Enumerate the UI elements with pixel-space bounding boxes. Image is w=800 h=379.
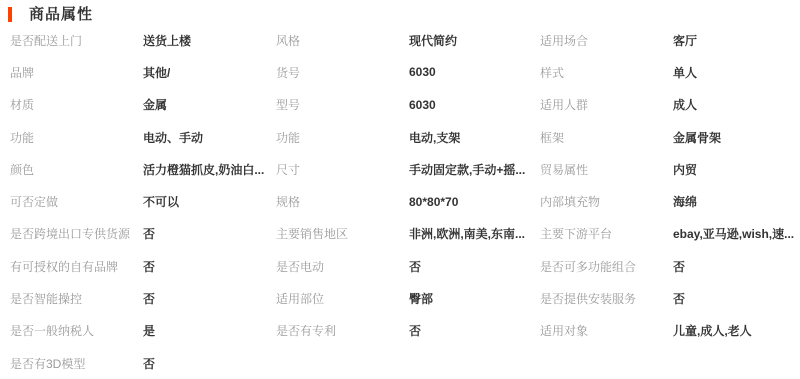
- attribute-value: 不可以: [143, 193, 179, 210]
- attribute-value: 80*80*70: [409, 195, 458, 209]
- attribute-row: 材质 金属: [0, 89, 266, 121]
- attribute-row: 是否配送上门 送货上楼: [0, 24, 266, 56]
- attribute-row: 适用场合 客厅: [530, 24, 800, 56]
- attribute-row: 样式 单人: [530, 56, 800, 88]
- attribute-row: 适用对象 儿童,成人,老人: [530, 315, 800, 347]
- attribute-row: 颜色 活力橙猫抓皮,奶油白...: [0, 153, 266, 185]
- attribute-row: 主要销售地区 非洲,欧洲,南美,东南...: [266, 218, 530, 250]
- attribute-value: 其他/: [143, 64, 170, 81]
- attribute-value: 活力橙猫抓皮,奶油白...: [143, 161, 264, 178]
- attribute-label: 是否配送上门: [10, 32, 143, 49]
- attribute-row: 功能 电动、手动: [0, 121, 266, 153]
- attribute-label: 品牌: [10, 64, 143, 81]
- attribute-value: 手动固定款,手动+摇...: [409, 161, 525, 178]
- attribute-value: 否: [143, 258, 155, 275]
- attribute-value: 否: [673, 258, 685, 275]
- attribute-label: 是否跨境出口专供货源: [10, 225, 143, 242]
- attribute-label: 框架: [540, 129, 673, 146]
- title-accent-bar-icon: [8, 7, 12, 22]
- attribute-row: 型号 6030: [266, 89, 530, 121]
- section-title: 商品属性: [29, 6, 93, 24]
- attribute-label: 贸易属性: [540, 161, 673, 178]
- attribute-value: 否: [409, 258, 421, 275]
- attribute-value: 否: [143, 290, 155, 307]
- attribute-value: 否: [409, 322, 421, 339]
- attribute-label: 规格: [276, 193, 409, 210]
- attribute-label: 型号: [276, 96, 409, 113]
- attribute-label: 主要下游平台: [540, 225, 673, 242]
- attribute-value: 电动、手动: [143, 129, 203, 146]
- attribute-row: 货号 6030: [266, 56, 530, 88]
- attributes-table: 是否配送上门 送货上楼 品牌 其他/ 材质 金属 功能 电动、手动 颜色 活力橙…: [0, 24, 800, 379]
- attribute-label: 适用人群: [540, 96, 673, 113]
- attribute-label: 主要销售地区: [276, 225, 409, 242]
- attributes-column-right: 适用场合 客厅 样式 单人 适用人群 成人 框架 金属骨架 贸易属性 内贸 内部…: [530, 24, 800, 347]
- attribute-row: 是否智能操控 否: [0, 282, 266, 314]
- attribute-row: 框架 金属骨架: [530, 121, 800, 153]
- attribute-value: 6030: [409, 65, 436, 79]
- attribute-label: 材质: [10, 96, 143, 113]
- attribute-label: 内部填充物: [540, 193, 673, 210]
- attribute-value: 客厅: [673, 32, 697, 49]
- attribute-row: 可否定做 不可以: [0, 185, 266, 217]
- attribute-row: 是否提供安装服务 否: [530, 282, 800, 314]
- attribute-value: 否: [673, 290, 685, 307]
- attribute-row: 内部填充物 海绵: [530, 185, 800, 217]
- attribute-value: 海绵: [673, 193, 697, 210]
- attribute-row: 是否有专利 否: [266, 315, 530, 347]
- attribute-value: ebay,亚马逊,wish,速...: [673, 225, 794, 242]
- attribute-row: 有可授权的自有品牌 否: [0, 250, 266, 282]
- attributes-column-middle: 风格 现代简约 货号 6030 型号 6030 功能 电动,支架 尺寸 手动固定…: [266, 24, 530, 347]
- attribute-label: 可否定做: [10, 193, 143, 210]
- attribute-label: 功能: [276, 129, 409, 146]
- attribute-label: 适用部位: [276, 290, 409, 307]
- attribute-row: 是否可多功能组合 否: [530, 250, 800, 282]
- attribute-label: 尺寸: [276, 161, 409, 178]
- section-header: 商品属性: [0, 0, 800, 24]
- product-attributes-page: 商品属性 是否配送上门 送货上楼 品牌 其他/ 材质 金属 功能 电动、手动 颜…: [0, 0, 800, 379]
- attribute-value: 成人: [673, 96, 697, 113]
- attribute-label: 是否一般纳税人: [10, 322, 143, 339]
- attribute-label: 是否提供安装服务: [540, 290, 673, 307]
- attribute-label: 功能: [10, 129, 143, 146]
- attribute-label: 样式: [540, 64, 673, 81]
- attribute-value: 非洲,欧洲,南美,东南...: [409, 225, 525, 242]
- attribute-value: 儿童,成人,老人: [673, 322, 752, 339]
- attribute-value: 金属: [143, 96, 167, 113]
- attribute-row: 是否电动 否: [266, 250, 530, 282]
- attribute-label: 适用场合: [540, 32, 673, 49]
- attribute-label: 适用对象: [540, 322, 673, 339]
- attributes-column-left: 是否配送上门 送货上楼 品牌 其他/ 材质 金属 功能 电动、手动 颜色 活力橙…: [0, 24, 266, 379]
- attribute-value: 金属骨架: [673, 129, 721, 146]
- attribute-row: 主要下游平台 ebay,亚马逊,wish,速...: [530, 218, 800, 250]
- attribute-row: 尺寸 手动固定款,手动+摇...: [266, 153, 530, 185]
- attribute-row: 规格 80*80*70: [266, 185, 530, 217]
- attribute-value: 臀部: [409, 290, 433, 307]
- attribute-value: 单人: [673, 64, 697, 81]
- attribute-value: 现代简约: [409, 32, 457, 49]
- attribute-row: 风格 现代简约: [266, 24, 530, 56]
- attribute-label: 风格: [276, 32, 409, 49]
- attribute-value: 6030: [409, 98, 436, 112]
- attribute-label: 货号: [276, 64, 409, 81]
- attribute-label: 是否有专利: [276, 322, 409, 339]
- attribute-row: 贸易属性 内贸: [530, 153, 800, 185]
- attribute-label: 颜色: [10, 161, 143, 178]
- attribute-label: 有可授权的自有品牌: [10, 258, 143, 275]
- attribute-value: 送货上楼: [143, 32, 191, 49]
- attribute-value: 内贸: [673, 161, 697, 178]
- attribute-row: 是否跨境出口专供货源 否: [0, 218, 266, 250]
- attribute-row: 是否有3D模型 否: [0, 347, 266, 379]
- attribute-value: 是: [143, 322, 155, 339]
- attribute-label: 是否电动: [276, 258, 409, 275]
- attribute-row: 适用部位 臀部: [266, 282, 530, 314]
- attribute-row: 是否一般纳税人 是: [0, 315, 266, 347]
- attribute-row: 功能 电动,支架: [266, 121, 530, 153]
- attribute-label: 是否有3D模型: [10, 355, 143, 372]
- attribute-value: 否: [143, 355, 155, 372]
- attribute-row: 适用人群 成人: [530, 89, 800, 121]
- attribute-value: 电动,支架: [409, 129, 460, 146]
- attribute-label: 是否可多功能组合: [540, 258, 673, 275]
- attribute-row: 品牌 其他/: [0, 56, 266, 88]
- attribute-label: 是否智能操控: [10, 290, 143, 307]
- attribute-value: 否: [143, 225, 155, 242]
